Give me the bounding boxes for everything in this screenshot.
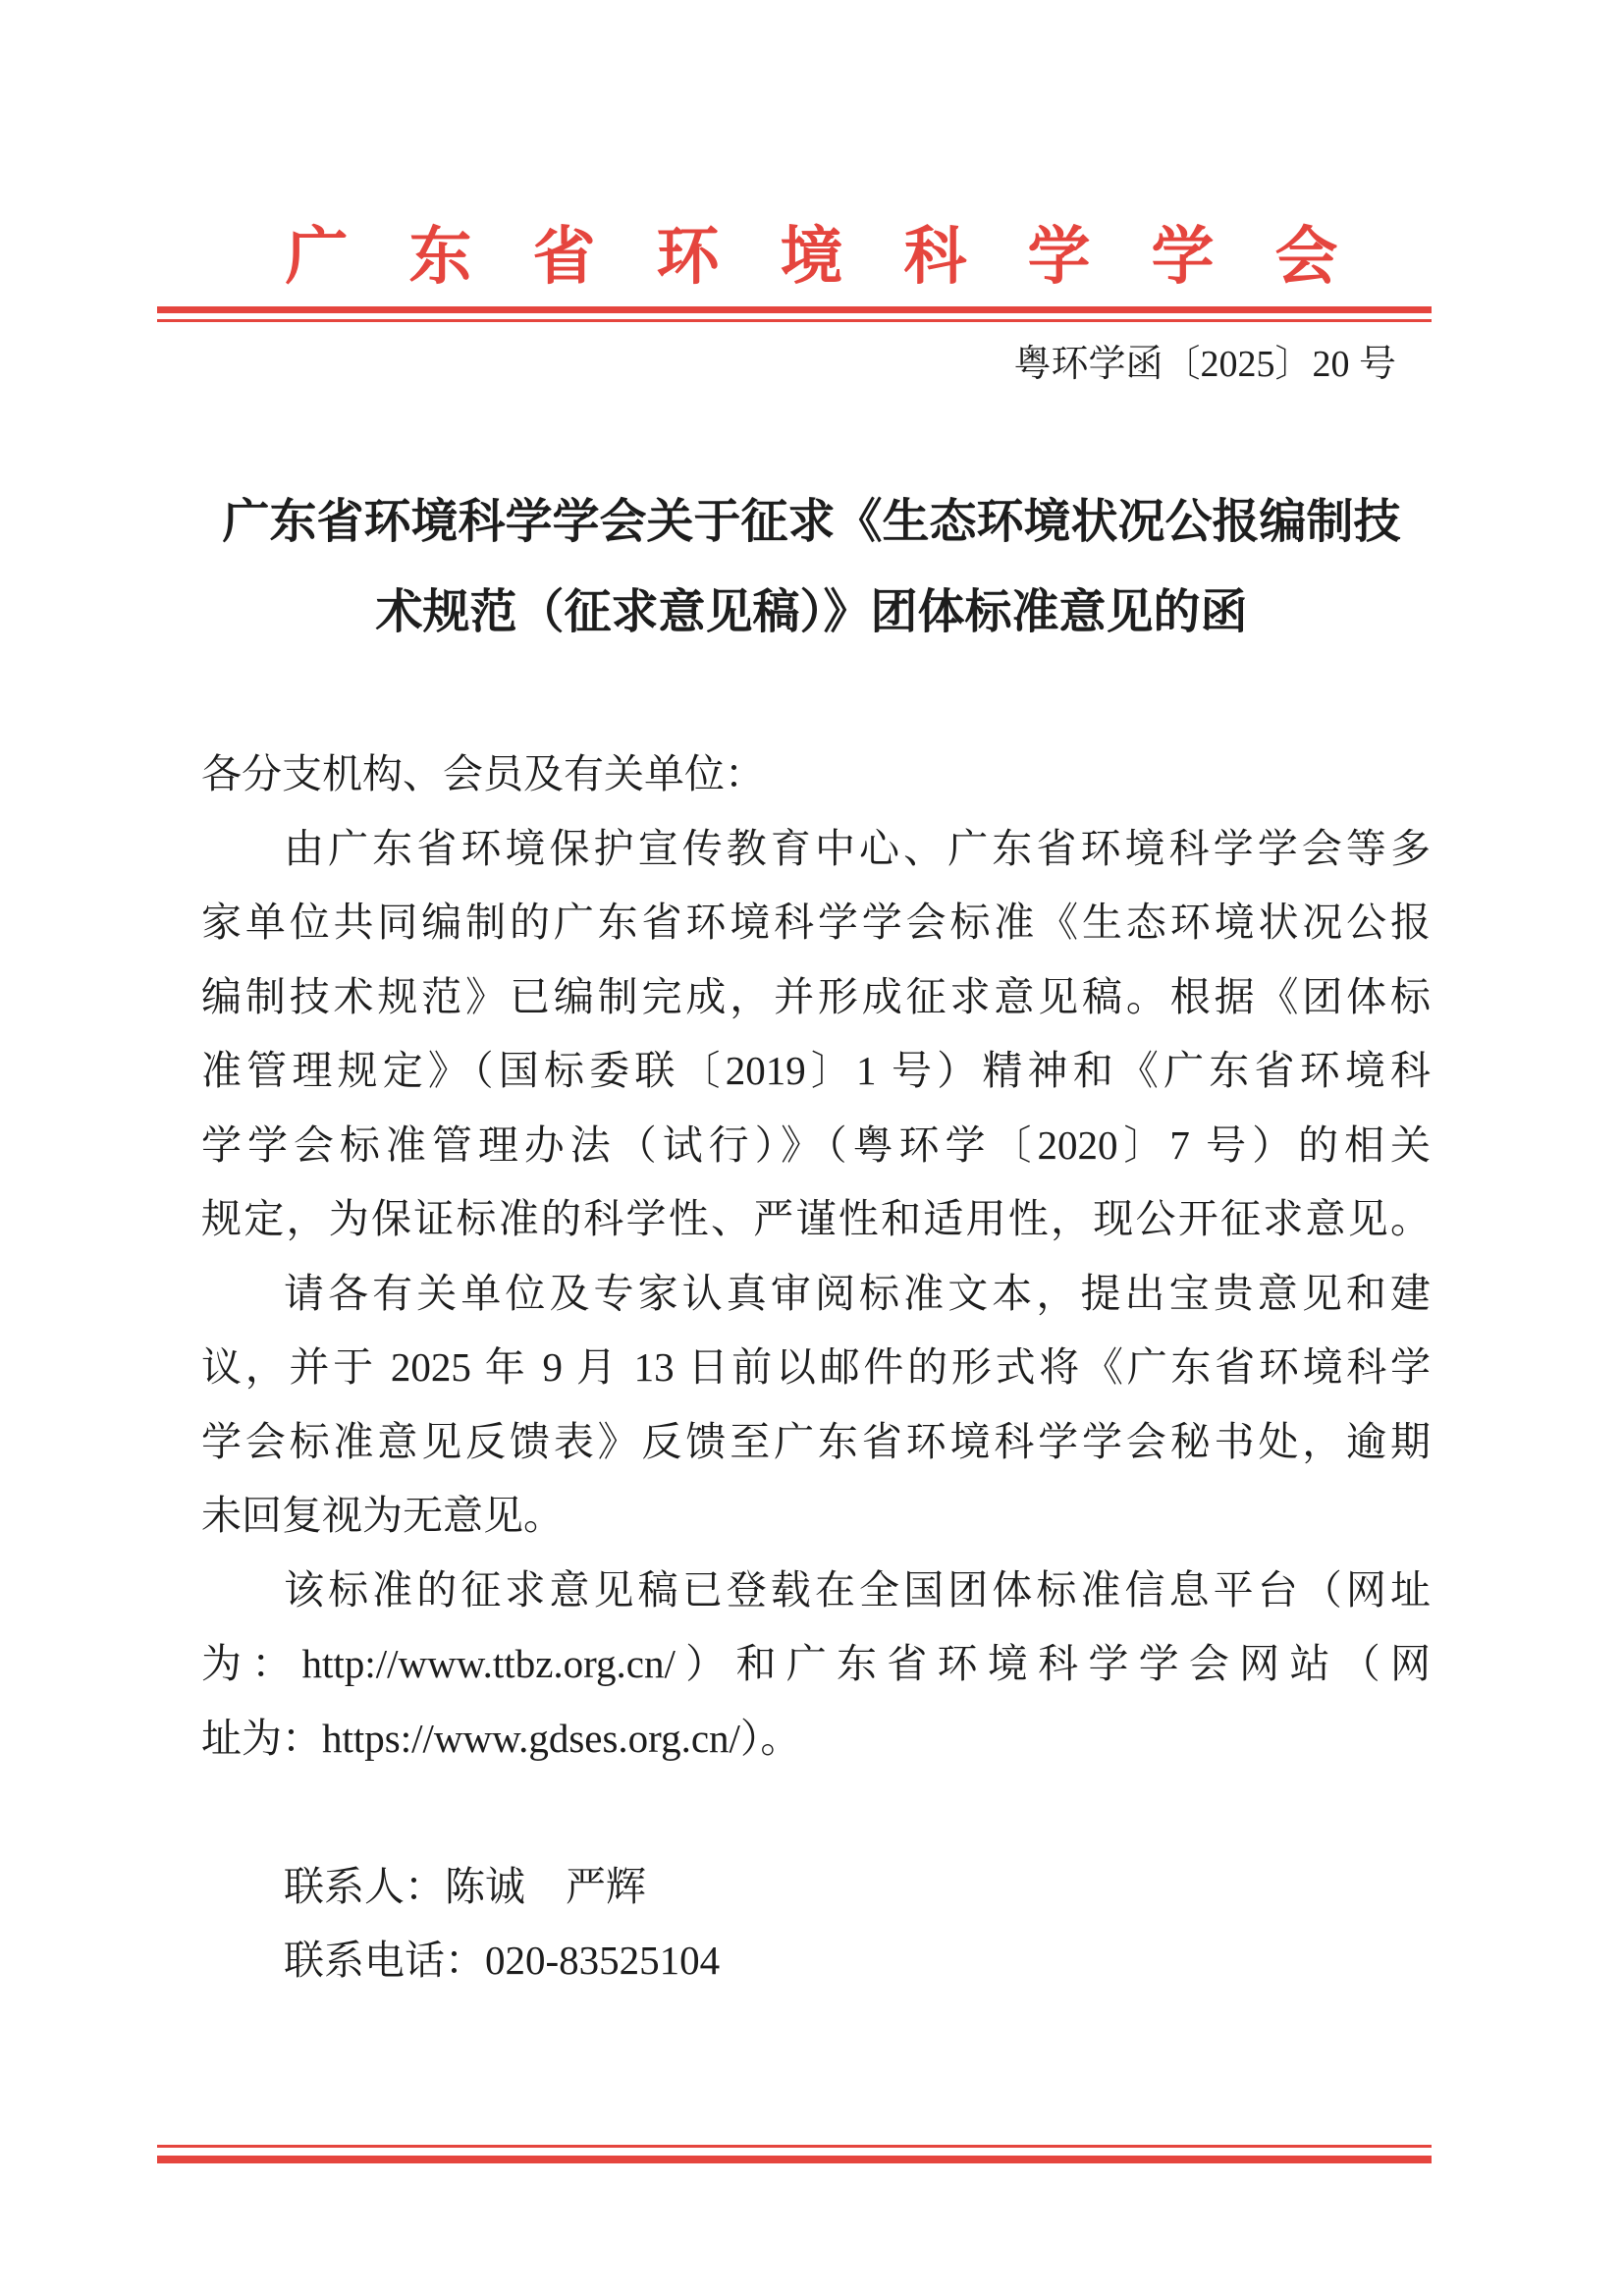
body-line: 各分支机构、会员及有关单位： [201, 738, 1431, 812]
body-line: 该标准的征求意见稿已登载在全国团体标准信息平台（网址 [201, 1554, 1431, 1628]
body-line: 规定，为保证标准的科学性、严谨性和适用性，现公开征求意见。 [201, 1182, 1431, 1257]
document-body: 各分支机构、会员及有关单位：由广东省环境保护宣传教育中心、广东省环境科学学会等多… [201, 738, 1431, 1998]
body-lines: 各分支机构、会员及有关单位：由广东省环境保护宣传教育中心、广东省环境科学学会等多… [201, 738, 1431, 1776]
footer-divider [157, 2145, 1432, 2163]
divider-thick-bar [157, 2156, 1432, 2163]
body-line: 请各有关单位及专家认真审阅标准文本，提出宝贵意见和建 [201, 1257, 1431, 1332]
body-line: 编制技术规范》已编制完成，并形成征求意见稿。根据《团体标 [201, 960, 1431, 1035]
letterhead-org-name-text: 广东省环境科学学会 [286, 222, 1399, 292]
body-line: 家单位共同编制的广东省环境科学学会标准《生态环境状况公报 [201, 886, 1431, 960]
divider-gap [157, 2148, 1432, 2156]
body-line: 学学会标准管理办法（试行）》（粤环学〔2020〕7 号）的相关 [201, 1109, 1431, 1183]
divider-thick-bar [157, 306, 1432, 313]
body-line: 学会标准意见反馈表》反馈至广东省环境科学学会秘书处，逾期 [201, 1405, 1431, 1480]
document-page: 广东省环境科学学会 粤环学函〔2025〕20 号 广东省环境科学学会关于征求《生… [0, 0, 1623, 2296]
letterhead-org-name: 广东省环境科学学会 [0, 206, 1623, 297]
body-line: 准管理规定》（国标委联〔2019〕1 号）精神和《广东省环境科 [201, 1034, 1431, 1109]
body-line: 为：http://www.ttbz.org.cn/）和广东省环境科学学会网站（网 [201, 1627, 1431, 1702]
body-line: 址为：https://www.gdses.org.cn/）。 [201, 1702, 1431, 1777]
body-line: 未回复视为无意见。 [201, 1479, 1431, 1554]
document-title-line: 广东省环境科学学会关于征求《生态环境状况公报编制技 [0, 477, 1623, 568]
body-line: 由广东省环境保护宣传教育中心、广东省环境科学学会等多 [201, 812, 1431, 887]
body-line: 议，并于 2025 年 9 月 13 日前以邮件的形式将《广东省环境科学 [201, 1331, 1431, 1405]
divider-thin-bar [157, 319, 1432, 322]
contact-line: 联系人：陈诚 严辉 [201, 1850, 1431, 1925]
contact-line: 联系电话：020-83525104 [201, 1924, 1431, 1998]
document-number: 粤环学函〔2025〕20 号 [157, 341, 1432, 388]
contact-lines: 联系人：陈诚 严辉联系电话：020-83525104 [201, 1850, 1431, 1998]
document-title-line: 术规范（征求意见稿）》团体标准意见的函 [0, 568, 1623, 658]
letterhead-divider [157, 306, 1432, 322]
document-title: 广东省环境科学学会关于征求《生态环境状况公报编制技术规范（征求意见稿）》团体标准… [0, 477, 1623, 658]
paragraph-spacer [201, 1776, 1431, 1850]
